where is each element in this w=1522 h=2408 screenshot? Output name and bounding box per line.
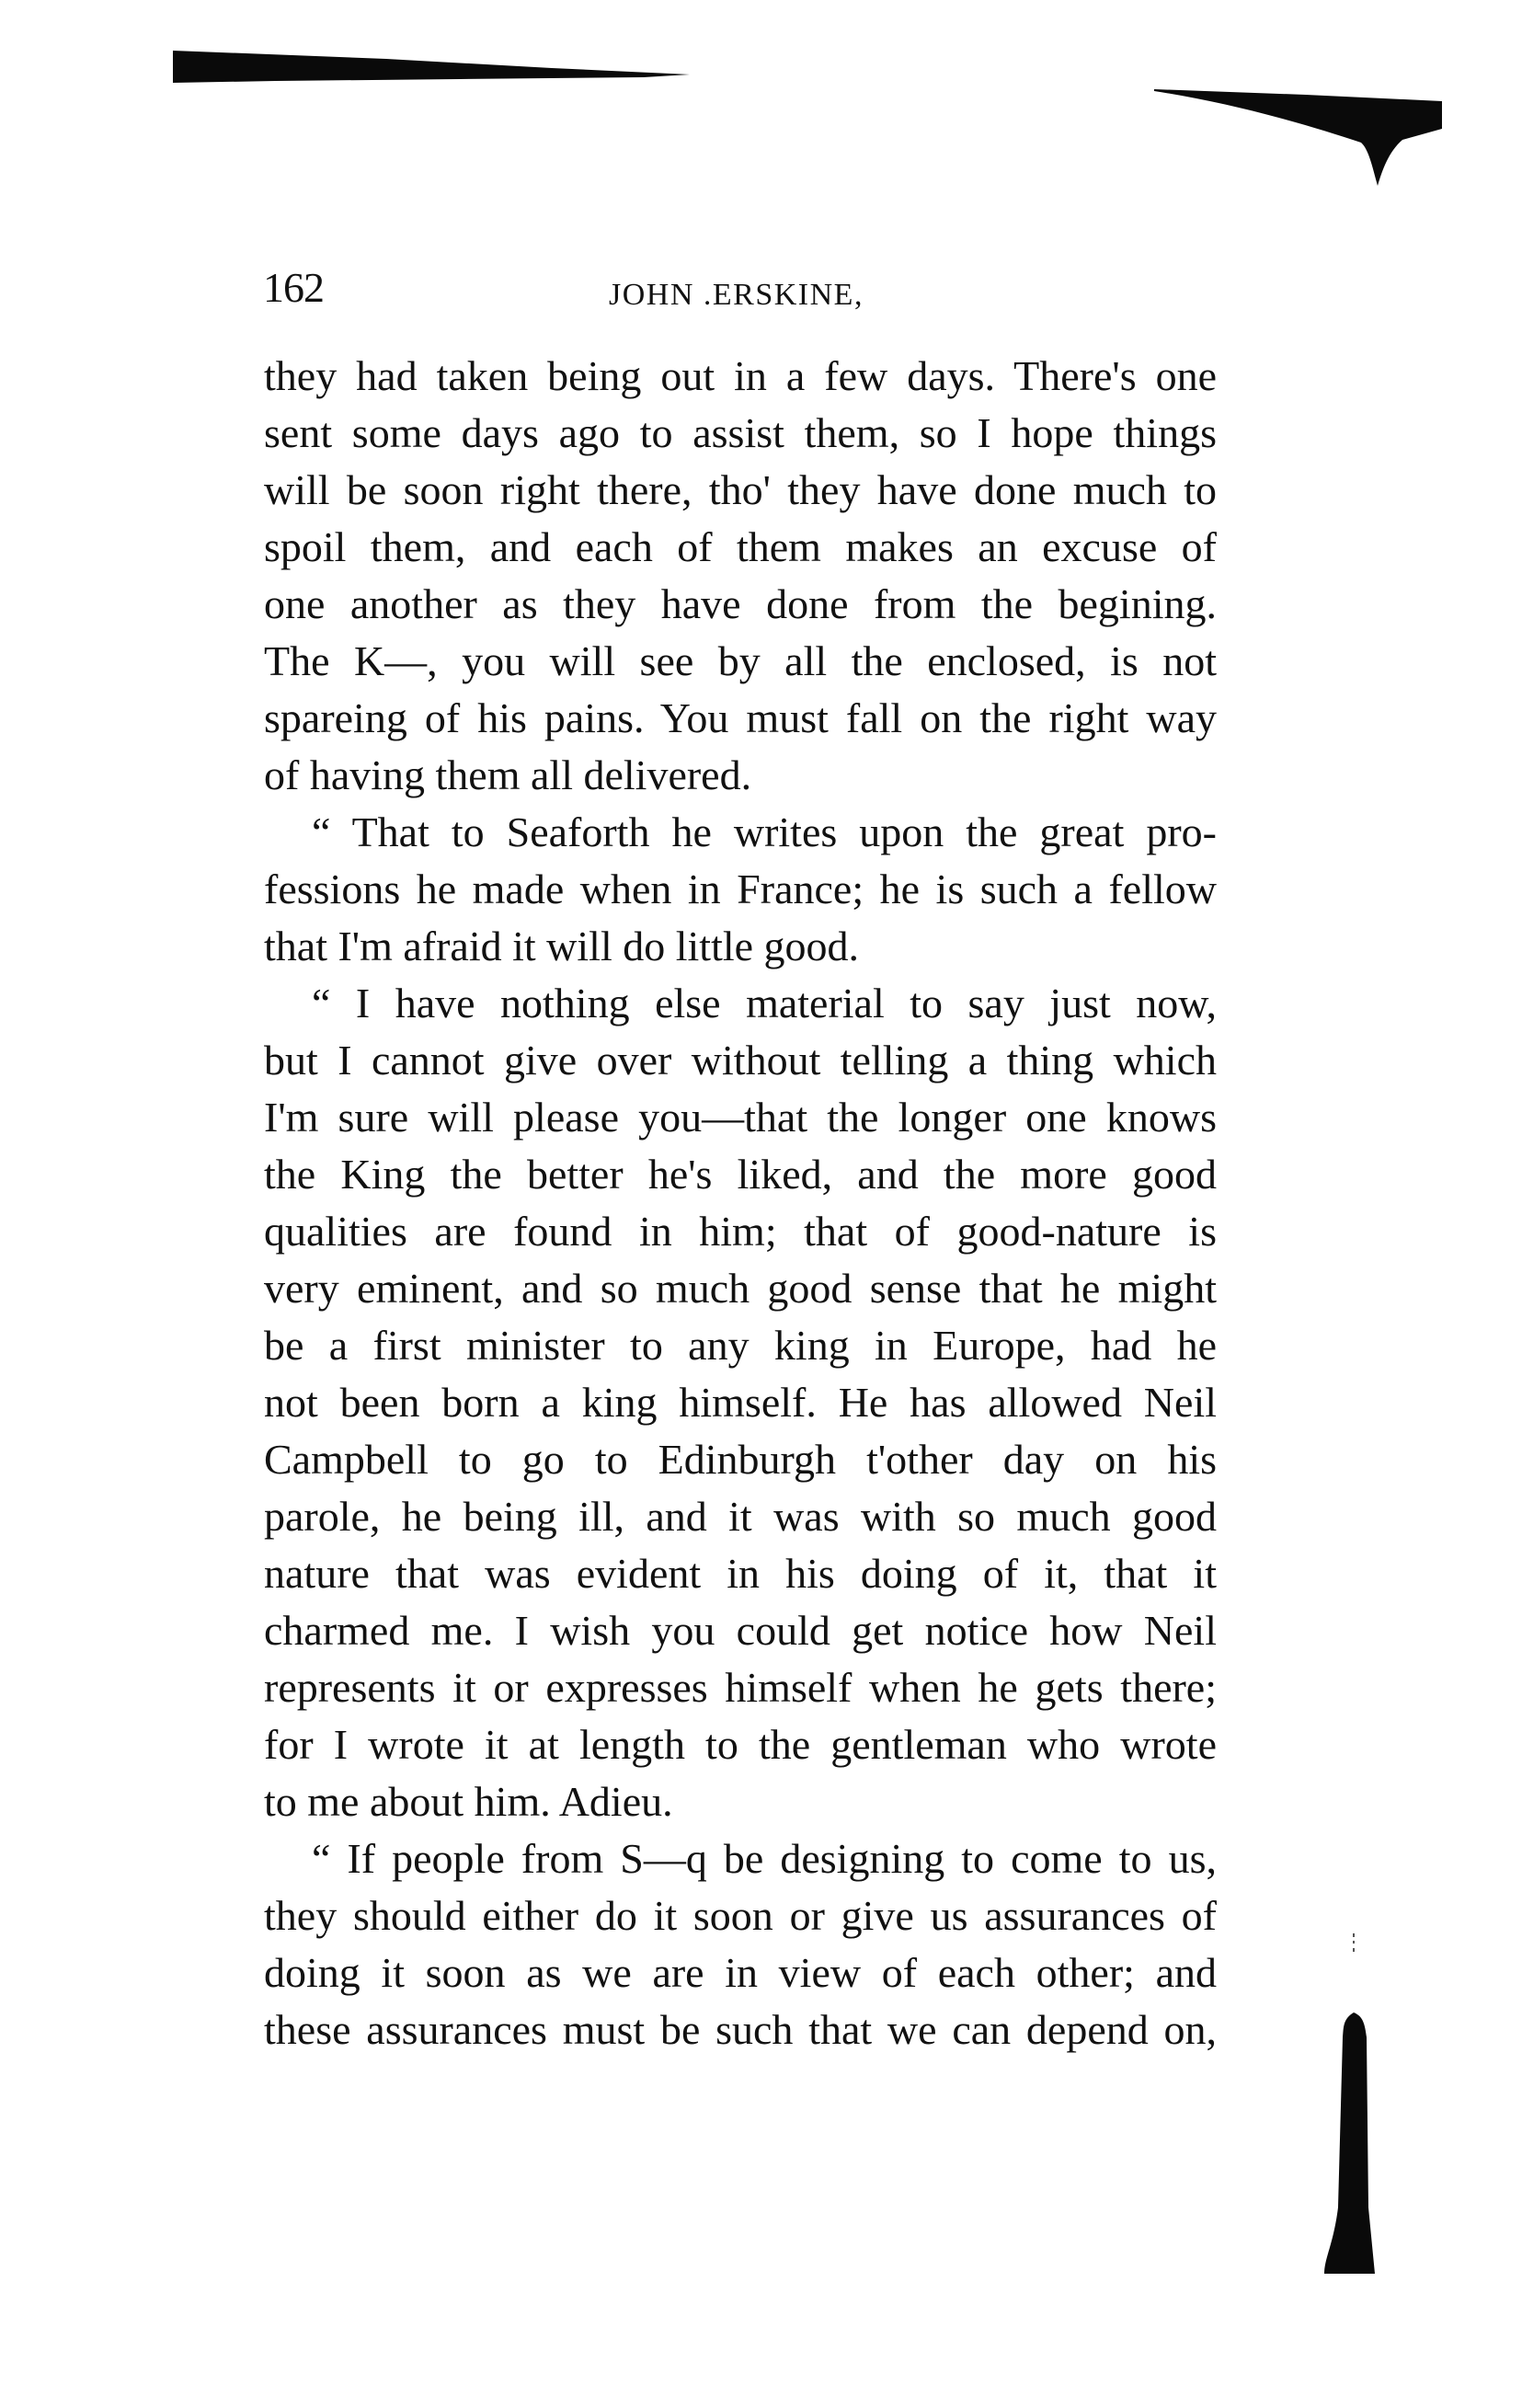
body-text: they had taken being out in a few days. … xyxy=(264,348,1217,2058)
text-line: parole, he being ill, and it was with so… xyxy=(264,1488,1217,1545)
text-line-content: fessions he made when in France; he is s… xyxy=(264,861,1217,918)
text-line: nature that was evident in his doing of … xyxy=(264,1545,1217,1602)
text-line-content: the King the better he's liked, and the … xyxy=(264,1146,1217,1203)
text-line: Campbell to go to Edinburgh t'other day … xyxy=(264,1431,1217,1488)
text-line: The K—, you will see by all the enclosed… xyxy=(264,633,1217,690)
text-line-content: be a first minister to any king in Europ… xyxy=(264,1317,1217,1374)
text-line-content: spoil them, and each of them makes an ex… xyxy=(264,519,1217,576)
text-line: sent some days ago to assist them, so I … xyxy=(264,405,1217,462)
text-line-content: they should either do it soon or give us… xyxy=(264,1887,1217,1944)
text-line: one another as they have done from the b… xyxy=(264,576,1217,633)
running-head-title: JOHN .ERSKINE, xyxy=(609,280,864,311)
text-line: doing it soon as we are in view of each … xyxy=(264,1944,1217,2001)
text-line-content: I'm sure will please you—that the longer… xyxy=(264,1089,1217,1146)
text-line: they had taken being out in a few days. … xyxy=(264,348,1217,405)
text-line-content: “ That to Seaforth he writes upon the gr… xyxy=(312,804,1217,861)
text-line: they should either do it soon or give us… xyxy=(264,1887,1217,1944)
text-line-content: for I wrote it at length to the gentlema… xyxy=(264,1716,1217,1773)
page-number: 162 xyxy=(263,267,324,309)
text-line-content: not been born a king himself. He has all… xyxy=(264,1374,1217,1431)
text-line: spareing of his pains. You must fall on … xyxy=(264,690,1217,747)
top-right-scan-wedge xyxy=(1154,89,1442,186)
text-line: the King the better he's liked, and the … xyxy=(264,1146,1217,1203)
text-line: that I'm afraid it will do little good. xyxy=(264,918,1217,975)
text-line-content: “ If people from S—q be designing to com… xyxy=(312,1830,1217,1887)
text-line-content: Campbell to go to Edinburgh t'other day … xyxy=(264,1431,1217,1488)
text-line-content: of having them all delivered. xyxy=(264,747,1217,804)
text-line-content: doing it soon as we are in view of each … xyxy=(264,1944,1217,2001)
text-line: “ That to Seaforth he writes upon the gr… xyxy=(264,804,1217,861)
text-line: these assurances must be such that we ca… xyxy=(264,2001,1217,2058)
text-line-content: spareing of his pains. You must fall on … xyxy=(264,690,1217,747)
text-line: “ If people from S—q be designing to com… xyxy=(264,1830,1217,1887)
text-line-content: that I'm afraid it will do little good. xyxy=(264,918,1217,975)
text-line: represents it or expresses himself when … xyxy=(264,1659,1217,1716)
text-line-content: to me about him. Adieu. xyxy=(264,1773,1217,1830)
text-line-content: The K—, you will see by all the enclosed… xyxy=(264,633,1217,690)
text-line: for I wrote it at length to the gentlema… xyxy=(264,1716,1217,1773)
text-line-content: nature that was evident in his doing of … xyxy=(264,1545,1217,1602)
text-line-content: one another as they have done from the b… xyxy=(264,576,1217,633)
text-line-content: sent some days ago to assist them, so I … xyxy=(264,405,1217,462)
text-line: charmed me. I wish you could get notice … xyxy=(264,1602,1217,1659)
text-line-content: will be soon right there, tho' they have… xyxy=(264,462,1217,519)
text-line-content: qualities are found in him; that of good… xyxy=(264,1203,1217,1260)
text-line-content: parole, he being ill, and it was with so… xyxy=(264,1488,1217,1545)
text-line-content: they had taken being out in a few days. … xyxy=(264,348,1217,405)
text-line: very eminent, and so much good sense tha… xyxy=(264,1260,1217,1317)
text-line: spoil them, and each of them makes an ex… xyxy=(264,519,1217,576)
text-line: “ I have nothing else material to say ju… xyxy=(264,975,1217,1032)
text-line: fessions he made when in France; he is s… xyxy=(264,861,1217,918)
text-line: will be soon right there, tho' they have… xyxy=(264,462,1217,519)
text-line: qualities are found in him; that of good… xyxy=(264,1203,1217,1260)
text-line-content: charmed me. I wish you could get notice … xyxy=(264,1602,1217,1659)
text-line: but I cannot give over without telling a… xyxy=(264,1032,1217,1089)
text-line: of having them all delivered. xyxy=(264,747,1217,804)
top-left-scan-smudge xyxy=(173,51,690,83)
text-line: I'm sure will please you—that the longer… xyxy=(264,1089,1217,1146)
right-margin-scan-bar xyxy=(1324,2012,1375,2274)
text-line-content: “ I have nothing else material to say ju… xyxy=(312,975,1217,1032)
text-line: be a first minister to any king in Europ… xyxy=(264,1317,1217,1374)
text-line: not been born a king himself. He has all… xyxy=(264,1374,1217,1431)
text-line-content: but I cannot give over without telling a… xyxy=(264,1032,1217,1089)
right-margin-dots xyxy=(1353,1933,1355,1952)
text-line: to me about him. Adieu. xyxy=(264,1773,1217,1830)
text-line-content: these assurances must be such that we ca… xyxy=(264,2001,1217,2058)
book-page: 162 JOHN .ERSKINE, they had taken being … xyxy=(0,0,1522,2408)
text-line-content: very eminent, and so much good sense tha… xyxy=(264,1260,1217,1317)
text-line-content: represents it or expresses himself when … xyxy=(264,1659,1217,1716)
